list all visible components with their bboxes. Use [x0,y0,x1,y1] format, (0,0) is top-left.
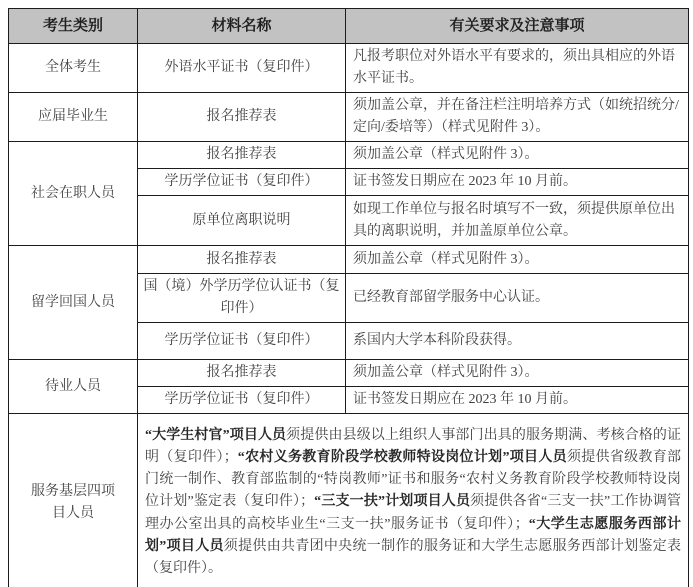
requirement-cell: 如现工作单位与报名时填写不一致，须提供原单位出具的离职说明，并加盖原单位公章。 [346,196,689,246]
category-label: 社会在职人员 [31,183,115,205]
requirement-cell: 已经教育部留学服务中心认证。 [346,274,689,323]
category-label: 服务基层四项目人员 [28,481,119,525]
requirement-cell: 系国内大学本科阶段获得。 [346,323,689,360]
requirement-cell: 须加盖公章，并在备注栏注明培养方式（如统招统分/定向/委培等）（样式见附件 3）… [346,93,689,142]
table-row: 社会在职人员 报名推荐表 须加盖公章（样式见附件 3）。 [9,142,689,169]
header-material-name: 材料名称 [138,9,346,44]
requirement-cell: 须加盖公章（样式见附件 3）。 [346,360,689,387]
category-cell-fresh-graduates: 应届毕业生 [9,93,138,142]
table-row: 留学回国人员 报名推荐表 须加盖公章（样式见附件 3）。 [9,246,689,274]
bold-segment: “农村义务教育阶段学校教师特设岗位计划”项目人员 [238,450,567,465]
category-label: 全体考生 [45,57,101,79]
bold-segment: “三支一扶”计划项目人员 [314,494,470,509]
category-cell-unemployed: 待业人员 [9,360,138,414]
category-cell-employed: 社会在职人员 [9,142,138,246]
grassroots-requirements-cell: “大学生村官”项目人员须提供由县级以上组织人事部门出具的服务期满、考核合格的证明… [138,414,689,587]
material-cell: 报名推荐表 [138,93,346,142]
requirement-cell: 须加盖公章（样式见附件 3）。 [346,246,689,274]
material-cell: 学历学位证书（复印件） [138,323,346,360]
bold-segment: “大学生村官”项目人员 [145,428,286,443]
category-label: 留学回国人员 [31,292,115,314]
requirements-table: 考生类别 材料名称 有关要求及注意事项 全体考生 外语水平证书（复印件） 凡报考… [8,8,689,587]
material-cell: 学历学位证书（复印件） [138,387,346,414]
material-cell: 报名推荐表 [138,246,346,274]
document-page: 考生类别 材料名称 有关要求及注意事项 全体考生 外语水平证书（复印件） 凡报考… [0,0,693,587]
header-requirements: 有关要求及注意事项 [346,9,689,44]
table-row: 应届毕业生 报名推荐表 须加盖公章，并在备注栏注明培养方式（如统招统分/定向/委… [9,93,689,142]
material-cell: 国（境）外学历学位认证书（复印件） [138,274,346,323]
material-cell: 学历学位证书（复印件） [138,169,346,196]
material-cell: 报名推荐表 [138,360,346,387]
header-candidate-category: 考生类别 [9,9,138,44]
requirement-cell: 证书签发日期应在 2023 年 10 月前。 [346,169,689,196]
requirement-cell: 凡报考职位对外语水平有要求的，须出具相应的外语水平证书。 [346,44,689,93]
table-row: 服务基层四项目人员 “大学生村官”项目人员须提供由县级以上组织人事部门出具的服务… [9,414,689,587]
category-label: 应届毕业生 [38,106,108,128]
category-cell-grassroots-projects: 服务基层四项目人员 [9,414,138,587]
requirement-cell: 须加盖公章（样式见附件 3）。 [346,142,689,169]
table-row: 全体考生 外语水平证书（复印件） 凡报考职位对外语水平有要求的，须出具相应的外语… [9,44,689,93]
category-label: 待业人员 [45,376,101,398]
requirement-cell: 证书签发日期应在 2023 年 10 月前。 [346,387,689,414]
text-segment: 须提供由共青团中央统一制作的服务证和大学生志愿服务西部计划鉴定表（复印件）。 [145,539,681,576]
table-row: 待业人员 报名推荐表 须加盖公章（样式见附件 3）。 [9,360,689,387]
material-cell: 外语水平证书（复印件） [138,44,346,93]
header-row: 考生类别 材料名称 有关要求及注意事项 [9,9,689,44]
material-cell: 原单位离职说明 [138,196,346,246]
category-cell-all-candidates: 全体考生 [9,44,138,93]
material-cell: 报名推荐表 [138,142,346,169]
category-cell-overseas-returnees: 留学回国人员 [9,246,138,360]
